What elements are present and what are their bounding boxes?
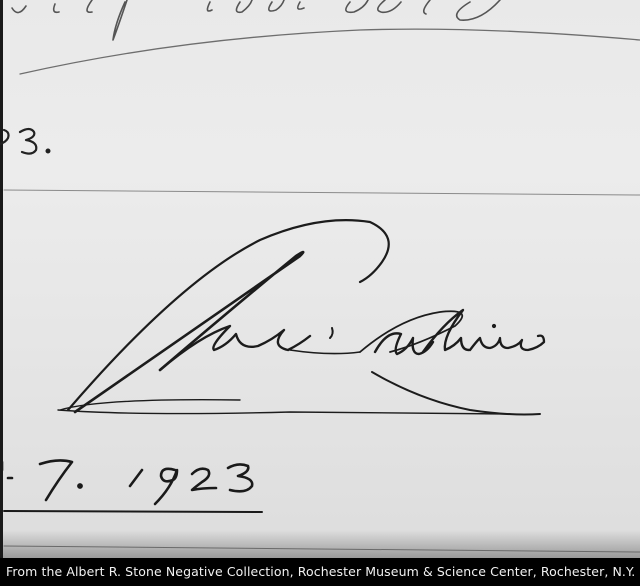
top-handwriting-fragment: [12, 0, 500, 40]
bottom-ruled-line: [4, 546, 640, 552]
date-fragment: [2, 460, 252, 504]
year-fragment-23: [0, 129, 49, 154]
handwriting-layer: [0, 0, 640, 558]
document-photo: 23. Ina Coolidge (cursive signature, app…: [0, 0, 640, 558]
signature: [58, 220, 544, 414]
date-underline: [4, 511, 262, 512]
collection-caption: From the Albert R. Stone Negative Collec…: [0, 558, 640, 586]
ruled-line: [4, 190, 640, 195]
